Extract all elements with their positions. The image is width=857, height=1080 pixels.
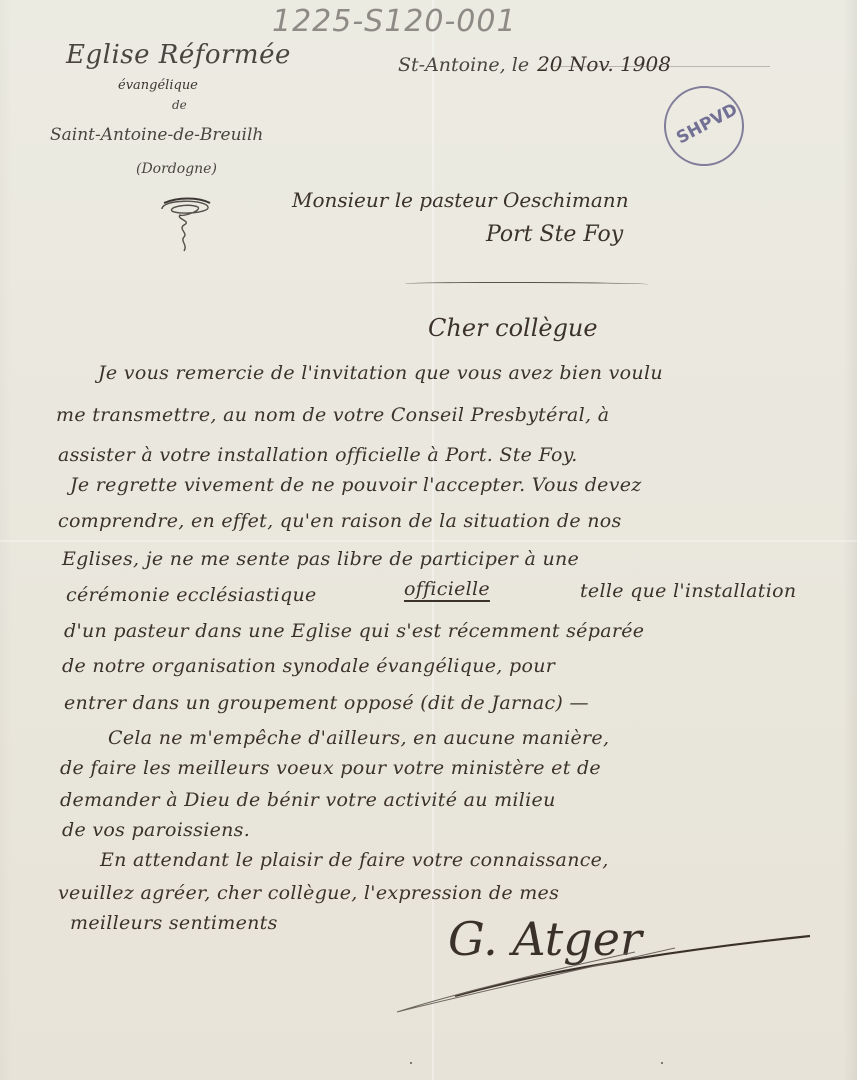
body-line: En attendant le plaisir de faire votre c… [100, 849, 609, 871]
body-line: Je regrette vivement de ne pouvoir l'acc… [70, 474, 642, 496]
archive-stamp: SHPVD [664, 86, 744, 166]
signature-flourish-icon [395, 918, 815, 1018]
flourish-ornament-icon [158, 195, 218, 255]
paper-speck [410, 1062, 412, 1064]
body-line: cérémonie ecclésiastique [66, 584, 317, 606]
body-line: entrer dans un groupement opposé (dit de… [64, 692, 589, 714]
body-line: veuillez agréer, cher collègue, l'expres… [58, 882, 559, 904]
body-line: me transmettre, au nom de votre Conseil … [56, 404, 609, 426]
body-line: Je vous remercie de l'invitation que vou… [98, 362, 663, 384]
body-line: comprendre, en effet, qu'en raison de la… [58, 510, 622, 532]
body-line: de notre organisation synodale évangéliq… [62, 655, 555, 677]
paper-fold-horizontal [0, 540, 857, 542]
body-line: demander à Dieu de bénir votre activité … [60, 789, 556, 811]
letterhead-region: (Dordogne) [136, 161, 217, 177]
body-line: de vos paroissiens. [62, 819, 250, 841]
body-line: Eglises, je ne me sente pas libre de par… [62, 548, 579, 570]
body-line: d'un pasteur dans une Eglise qui s'est r… [64, 620, 644, 642]
letterhead-title: Eglise Réformée [66, 40, 291, 70]
body-line: telle que l'installation [580, 580, 796, 602]
archive-number: 1225-S120-001 [272, 4, 517, 39]
stamp-text: SHPVD [673, 100, 741, 149]
paper-speck [661, 1062, 663, 1064]
addressee-place: Port Ste Foy [486, 222, 623, 247]
letterhead-connector: de [172, 98, 187, 112]
dateline-handwritten-date: 20 Nov. 1908 [537, 52, 671, 76]
body-line: de faire les meilleurs voeux pour votre … [60, 757, 601, 779]
body-line: Cela ne m'empêche d'ailleurs, en aucune … [108, 727, 609, 749]
body-line: assister à votre installation officielle… [58, 444, 578, 466]
salutation: Cher collègue [428, 314, 598, 342]
letterhead-place: Saint-Antoine-de-Breuilh [50, 125, 263, 145]
dateline-printed: St-Antoine, le [398, 54, 529, 76]
addressee-name: Monsieur le pasteur Oeschimann [292, 188, 629, 212]
underlined-word: officielle [404, 578, 490, 600]
body-line: meilleurs sentiments [70, 912, 278, 934]
separator-rule [405, 282, 648, 286]
dateline: St-Antoine, le20 Nov. 1908 [398, 52, 671, 76]
date-rule [550, 66, 770, 67]
letterhead-handwritten-insert: évangélique [118, 78, 198, 93]
